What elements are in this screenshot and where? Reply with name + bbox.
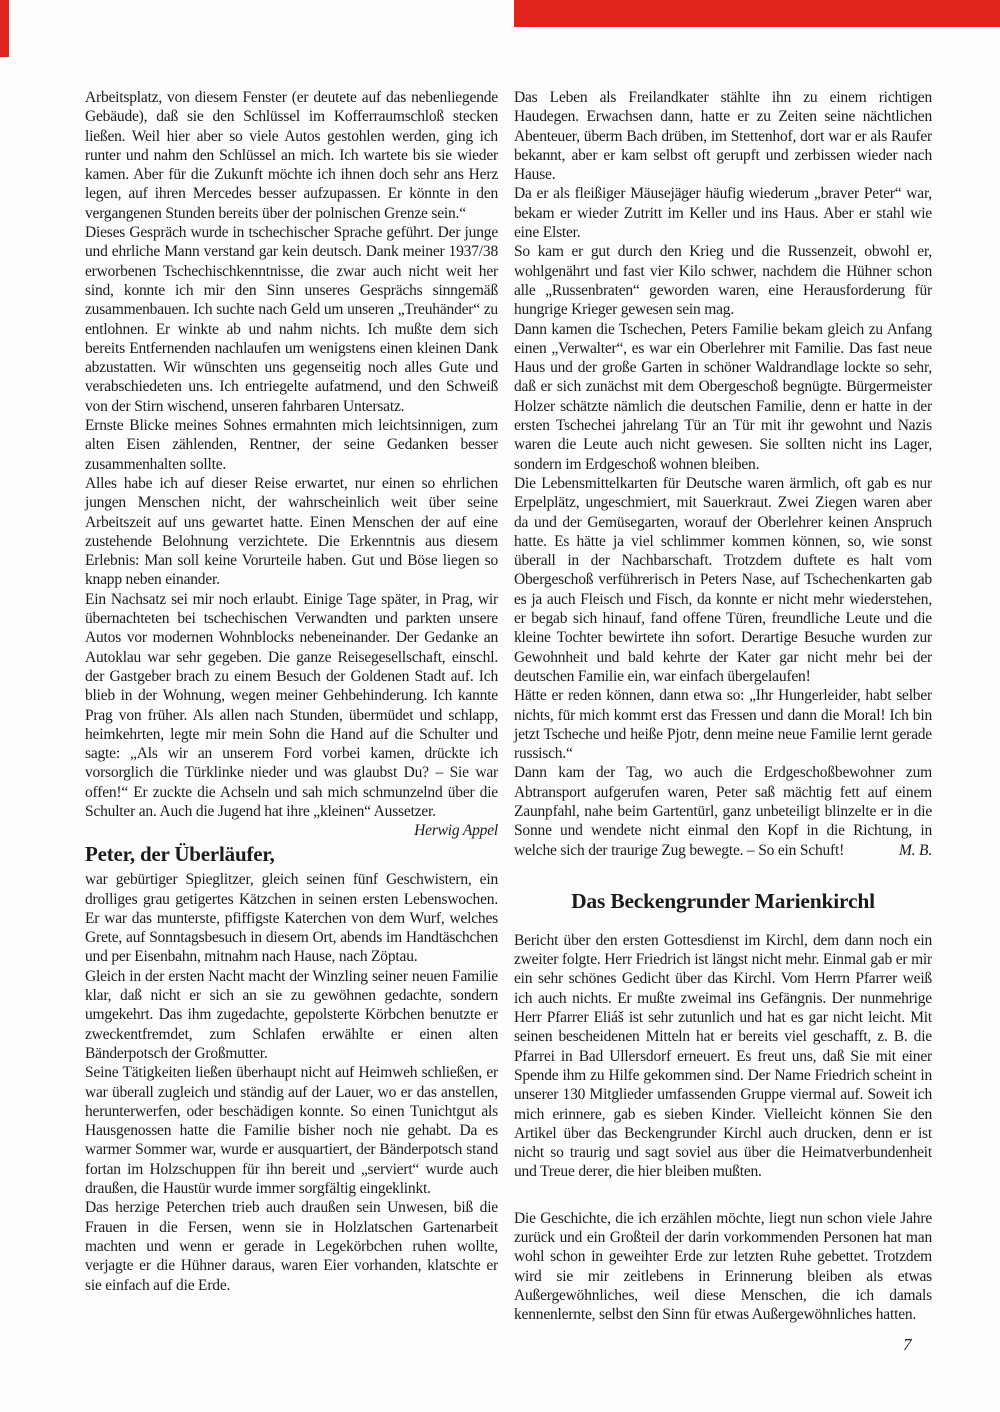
author-signature: M. B. — [887, 841, 932, 860]
red-header-bar-right — [514, 0, 1000, 27]
author-signature: Herwig Appel — [402, 821, 498, 840]
article-title-marienkirchl: Das Beckengrunder Marienkirchl — [522, 888, 924, 914]
paragraph: war gebürtiger Spieglitzer, gleich seine… — [85, 870, 498, 966]
left-column: Arbeitsplatz, von diesem Fenster (er deu… — [85, 88, 498, 1295]
paragraph: So kam er gut durch den Krieg und die Ru… — [514, 242, 932, 319]
paragraph: Gleich in der ersten Nacht macht der Win… — [85, 967, 498, 1063]
paragraph: Das herzige Peterchen trieb auch draußen… — [85, 1198, 498, 1294]
paragraph: Dann kam der Tag, wo auch die Erdgeschoß… — [514, 763, 932, 859]
magazine-page: Arbeitsplatz, von diesem Fenster (er deu… — [0, 0, 1000, 1412]
paragraph: Ernste Blicke meines Sohnes ermahnten mi… — [85, 416, 498, 474]
red-corner-mark-left — [0, 0, 9, 57]
paragraph: Seine Tätigkeiten ließen überhaupt nicht… — [85, 1063, 498, 1198]
paragraph: Dieses Gespräch wurde in tschechischer S… — [85, 223, 498, 416]
paragraph: Die Lebensmittelkarten für Deutsche ware… — [514, 474, 932, 686]
right-column: Das Leben als Freilandkater stählte ihn … — [514, 88, 932, 1325]
paragraph: Alles habe ich auf dieser Reise erwartet… — [85, 474, 498, 590]
paragraph: Hätte er reden können, dann etwa so: „Ih… — [514, 686, 932, 763]
paragraph-text: Ein Nachsatz sei mir noch erlaubt. Einig… — [85, 591, 498, 820]
paragraph: Bericht über den ersten Gottesdienst im … — [514, 931, 932, 1182]
page-number: 7 — [903, 1335, 912, 1355]
paragraph: Die Geschichte, die ich erzählen möchte,… — [514, 1209, 932, 1325]
paragraph: Arbeitsplatz, von diesem Fenster (er deu… — [85, 88, 498, 223]
paragraph: Das Leben als Freilandkater stählte ihn … — [514, 88, 932, 184]
paragraph: Dann kamen die Tschechen, Peters Familie… — [514, 320, 932, 474]
paragraph: Da er als fleißiger Mäusejäger häufig wi… — [514, 184, 932, 242]
paragraph-text: Dann kam der Tag, wo auch die Erdgeschoß… — [514, 764, 932, 858]
article-title-peter: Peter, der Überläufer, — [85, 842, 498, 867]
paragraph: Ein Nachsatz sei mir noch erlaubt. Einig… — [85, 590, 498, 822]
